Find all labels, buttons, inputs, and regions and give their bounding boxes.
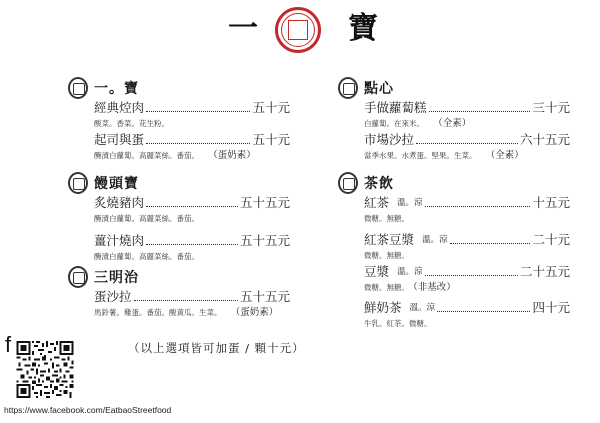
leader-dots xyxy=(450,243,531,244)
section-title: 茶飲 xyxy=(364,173,394,193)
menu-item: 經典焢肉 五十元 酸菜。香菜。花生粉。 xyxy=(94,99,290,131)
item-price: 十五元 xyxy=(532,195,570,211)
leader-dots xyxy=(425,206,531,207)
menu-item: 鮮奶茶 溫。涼 四十元 牛乳。紅茶。微糖。 xyxy=(364,299,570,331)
item-name: 市場沙拉 xyxy=(364,132,414,148)
diet-tag: （全素） xyxy=(491,150,524,161)
coin-icon xyxy=(68,77,88,99)
menu-item: 紅茶豆漿 溫。涼 二十元 微糖。無糖。 xyxy=(364,231,570,263)
seal-square-hole xyxy=(288,20,308,40)
leader-dots xyxy=(429,111,531,112)
item-temperature: 溫。涼 xyxy=(397,264,423,280)
leader-dots xyxy=(134,300,238,301)
item-price: 二十五元 xyxy=(520,264,570,280)
facebook-url[interactable]: https://www.facebook.com/EatbaoStreetfoo… xyxy=(4,405,171,415)
item-name: 起司與蛋 xyxy=(94,132,144,148)
section-dianxin: 點心 手做蘿蔔糕 三十元 白蘿蔔。在來米。（全素） 市場沙拉 六十五元 當季水果… xyxy=(338,77,570,163)
item-desc: 醃漬白蘿蔔。高麗菜絲。番茄。 xyxy=(94,214,199,223)
section-yi-bao: 一。寶 經典焢肉 五十元 酸菜。香菜。花生粉。 起司與蛋 五十元 醃漬白蘿蔔。高… xyxy=(68,77,290,163)
item-price: 五十五元 xyxy=(240,233,290,249)
section-title: 點心 xyxy=(364,78,394,98)
leader-dots xyxy=(437,311,530,312)
item-price: 四十元 xyxy=(532,300,570,316)
item-desc: 酸菜。香菜。花生粉。 xyxy=(94,119,169,128)
menu-item: 起司與蛋 五十元 醃漬白蘿蔔。高麗菜絲。番茄。（蛋奶素） xyxy=(94,131,290,163)
diet-tag: （蛋奶素） xyxy=(213,150,256,161)
item-name: 炙燒豬肉 xyxy=(94,195,144,211)
coin-seal-logo xyxy=(275,7,321,53)
qr-code[interactable] xyxy=(16,341,74,398)
item-name: 豆漿 xyxy=(364,264,389,280)
menu-item: 手做蘿蔔糕 三十元 白蘿蔔。在來米。（全素） xyxy=(364,99,570,131)
coin-icon xyxy=(338,172,358,194)
item-price: 六十五元 xyxy=(520,132,570,148)
section-title: 三明治 xyxy=(94,267,139,287)
item-desc: 微糖。無糖。 xyxy=(364,214,409,223)
leader-dots xyxy=(146,143,250,144)
item-name: 紅茶 xyxy=(364,195,389,211)
item-desc: 牛乳。紅茶。微糖。 xyxy=(364,319,432,328)
item-desc: 醃漬白蘿蔔。高麗菜絲。番茄。 xyxy=(94,252,199,261)
leader-dots xyxy=(425,275,518,276)
section-drinks: 茶飲 紅茶 溫。涼 十五元 微糖。無糖。 紅茶豆漿 溫。涼 二十元 微糖。無糖。… xyxy=(338,172,570,331)
diet-tag: （蛋奶素） xyxy=(236,307,279,318)
leader-dots xyxy=(416,143,518,144)
menu-item: 豆漿 溫。涼 二十五元 微糖。無糖。（非基改） xyxy=(364,263,570,295)
item-price: 二十元 xyxy=(532,232,570,248)
menu-item: 紅茶 溫。涼 十五元 微糖。無糖。 xyxy=(364,194,570,226)
section-title: 饅頭寶 xyxy=(94,173,139,193)
item-desc: 馬鈴薯。雞蛋。番茄。酸黃瓜。生菜。 xyxy=(94,308,222,317)
coin-icon xyxy=(338,77,358,99)
item-name: 薑汁燒肉 xyxy=(94,233,144,249)
section-title: 一。寶 xyxy=(94,78,139,98)
item-price: 五十元 xyxy=(252,132,290,148)
menu-item: 市場沙拉 六十五元 當季水果。水煮蛋。堅果。生菜。（全素） xyxy=(364,131,570,163)
coin-icon xyxy=(68,266,88,288)
item-name: 蛋沙拉 xyxy=(94,289,132,305)
item-name: 鮮奶茶 xyxy=(364,300,402,316)
item-price: 五十五元 xyxy=(240,195,290,211)
menu-header: 一 寶 xyxy=(0,0,600,62)
item-name: 經典焢肉 xyxy=(94,100,144,116)
item-price: 三十元 xyxy=(532,100,570,116)
brand-char-yi: 一 xyxy=(228,14,258,44)
item-temperature: 溫。涼 xyxy=(410,300,436,316)
coin-icon xyxy=(68,172,88,194)
facebook-icon: f xyxy=(5,334,11,356)
leader-dots xyxy=(146,111,250,112)
item-price: 五十五元 xyxy=(240,289,290,305)
section-sandwich: 三明治 蛋沙拉 五十五元 馬鈴薯。雞蛋。番茄。酸黃瓜。生菜。（蛋奶素） xyxy=(68,266,290,320)
item-desc: 醃漬白蘿蔔。高麗菜絲。番茄。 xyxy=(94,151,199,160)
item-desc: 當季水果。水煮蛋。堅果。生菜。 xyxy=(364,151,477,160)
add-egg-note: （以上選項皆可加蛋 / 顆十元） xyxy=(128,340,305,356)
item-desc: 微糖。無糖。 xyxy=(364,283,409,292)
item-price: 五十元 xyxy=(252,100,290,116)
item-temperature: 溫。涼 xyxy=(422,232,448,248)
section-mantou-bao: 饅頭寶 炙燒豬肉 五十五元 醃漬白蘿蔔。高麗菜絲。番茄。 薑汁燒肉 五十五元 醃… xyxy=(68,172,290,264)
diet-tag: （非基改） xyxy=(413,282,456,293)
item-desc: 微糖。無糖。 xyxy=(364,251,409,260)
leader-dots xyxy=(146,244,238,245)
item-name: 手做蘿蔔糕 xyxy=(364,100,427,116)
item-temperature: 溫。涼 xyxy=(397,195,423,211)
diet-tag: （全素） xyxy=(438,118,471,129)
menu-item: 蛋沙拉 五十五元 馬鈴薯。雞蛋。番茄。酸黃瓜。生菜。（蛋奶素） xyxy=(94,288,290,320)
item-desc: 白蘿蔔。在來米。 xyxy=(364,119,424,128)
leader-dots xyxy=(146,206,238,207)
menu-item: 薑汁燒肉 五十五元 醃漬白蘿蔔。高麗菜絲。番茄。 xyxy=(94,232,290,264)
brand-char-bao: 寶 xyxy=(348,14,378,44)
item-name: 紅茶豆漿 xyxy=(364,232,414,248)
menu-item: 炙燒豬肉 五十五元 醃漬白蘿蔔。高麗菜絲。番茄。 xyxy=(94,194,290,226)
